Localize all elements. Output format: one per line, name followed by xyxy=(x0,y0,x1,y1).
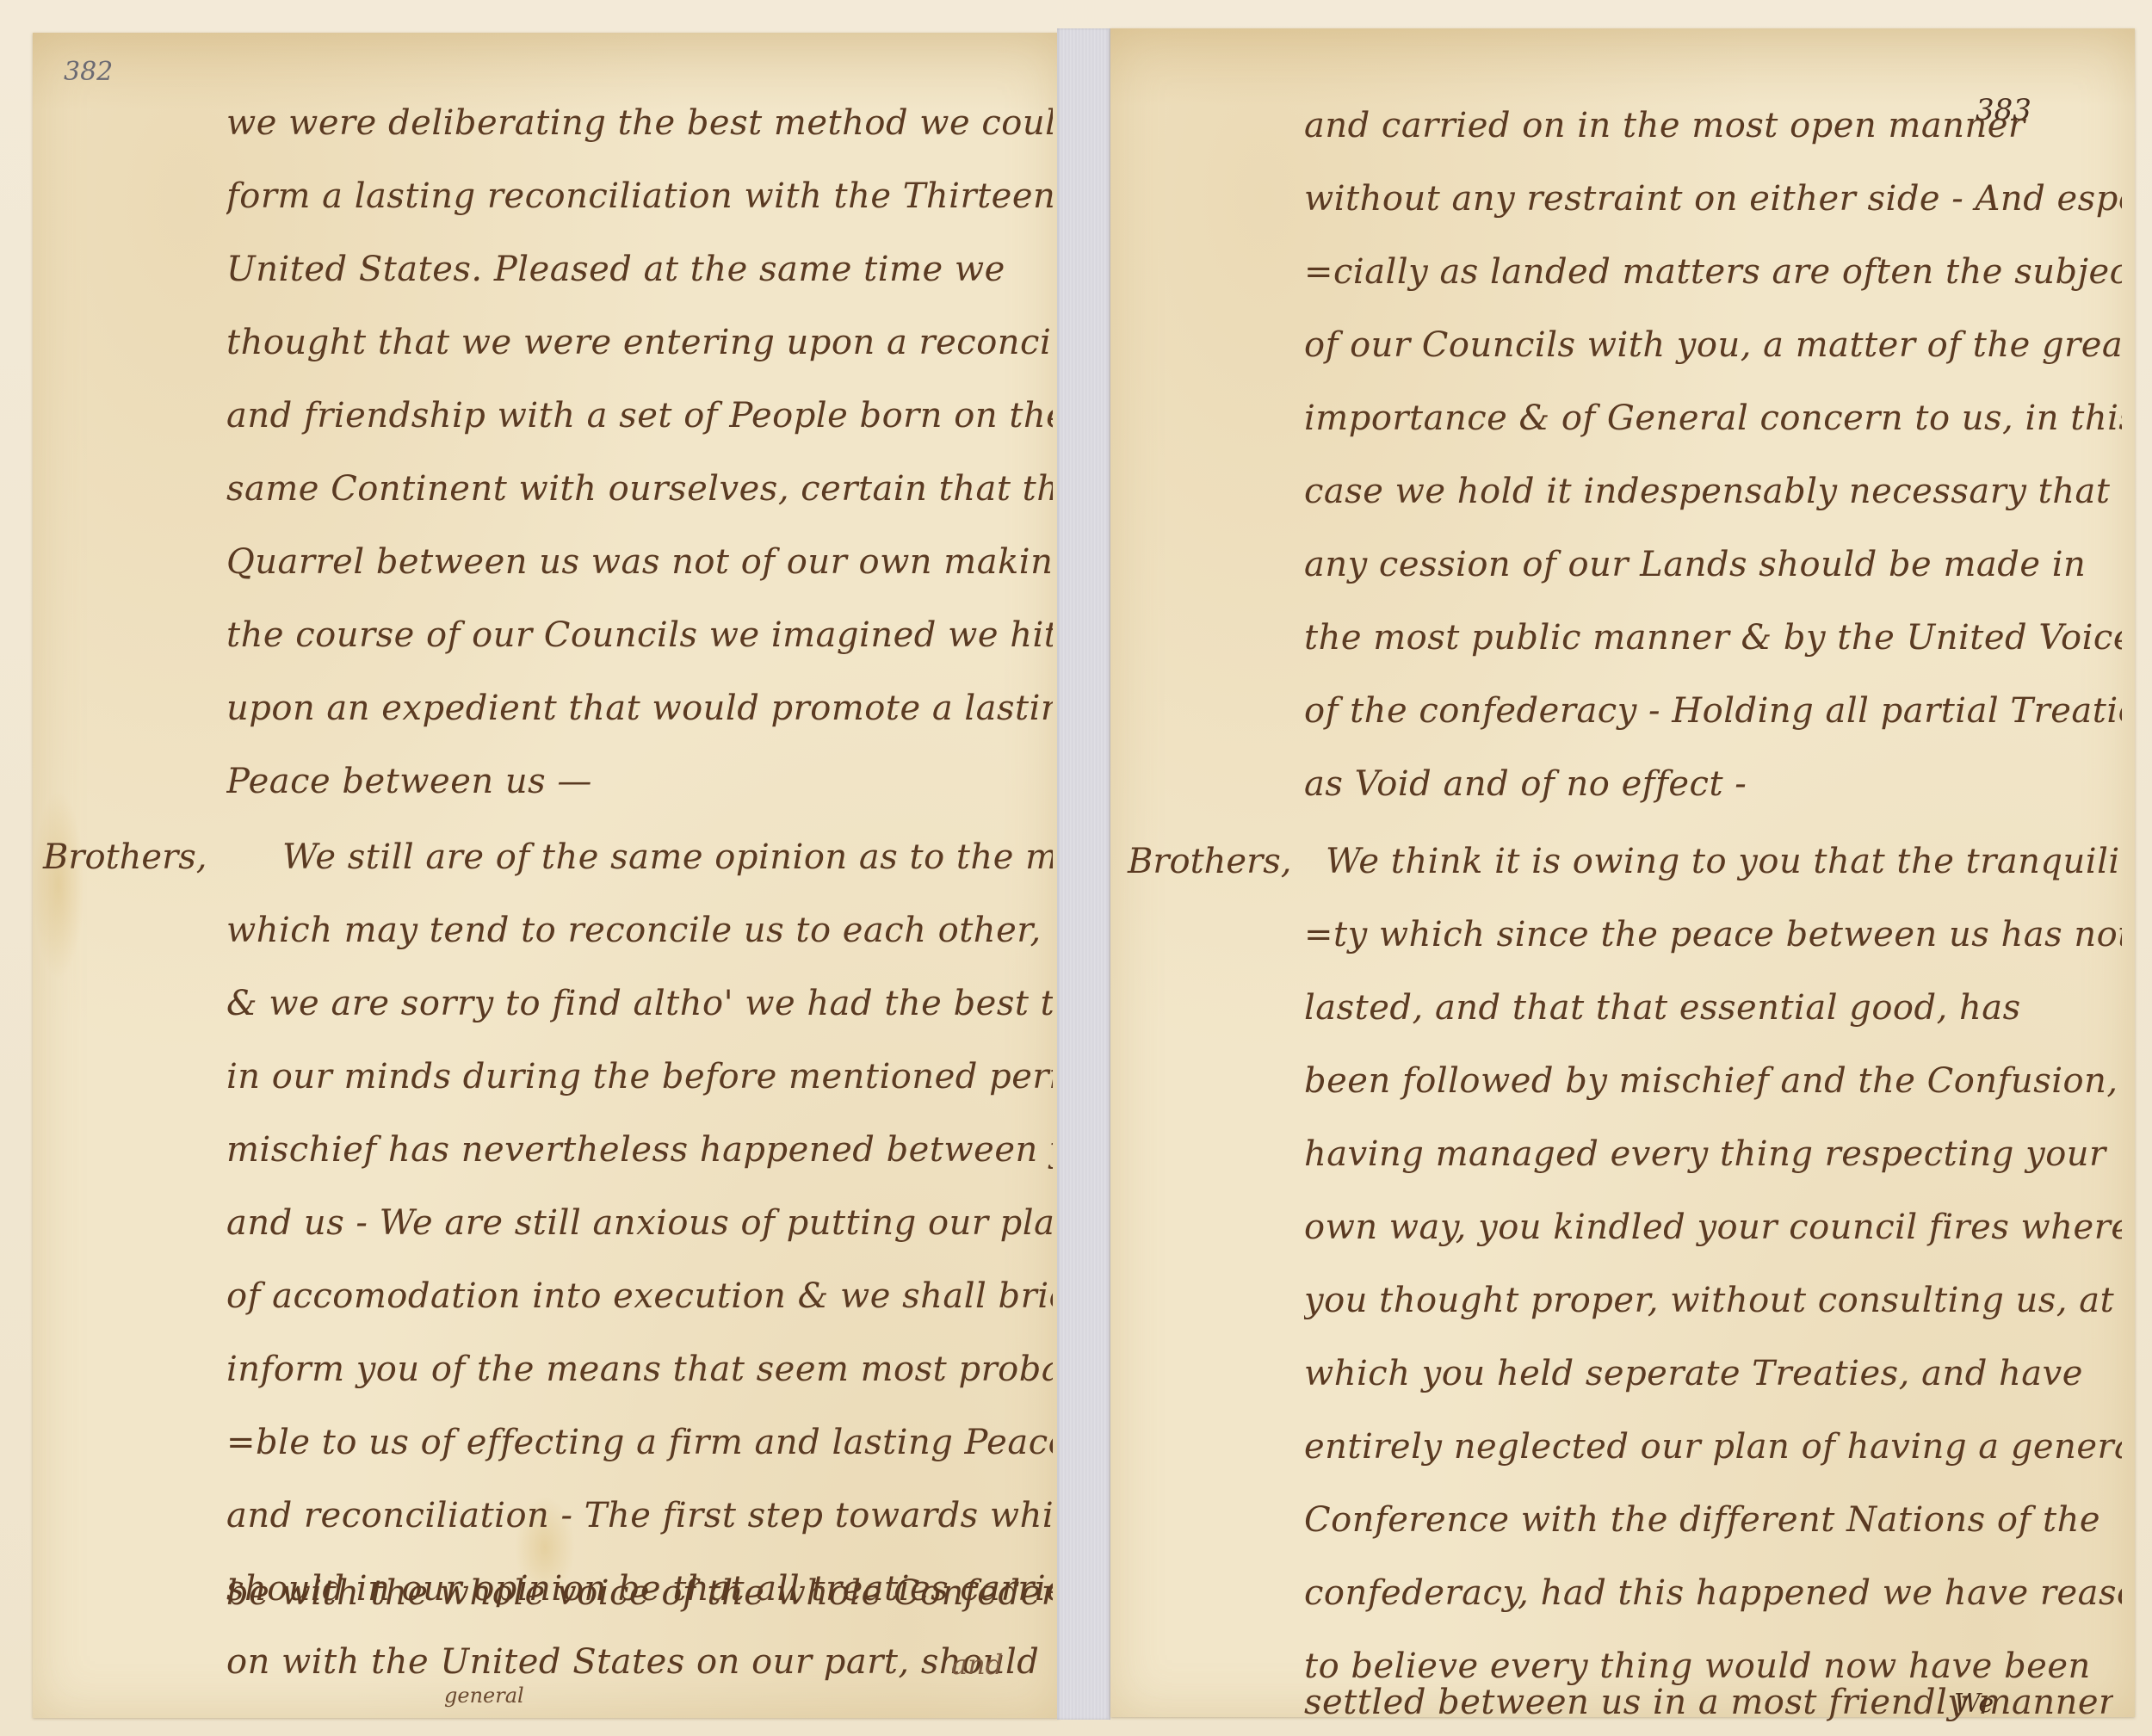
text-line: be with the whole voice of the whole Con… xyxy=(226,1573,1053,1613)
marginal-heading: Brothers, xyxy=(43,837,207,877)
catchword: and xyxy=(951,1648,1003,1681)
catchword: We xyxy=(1954,1689,1994,1719)
text-line: Conference with the different Nations of… xyxy=(1304,1500,2122,1540)
text-line: inform you of the means that seem most p… xyxy=(226,1350,1053,1389)
text-line: =cially as landed matters are often the … xyxy=(1304,252,2122,292)
text-line: upon an expedient that would promote a l… xyxy=(226,689,1053,728)
binding-gutter xyxy=(1057,28,1110,1720)
text-line: in our minds during the before mentioned… xyxy=(226,1057,1053,1097)
text-line: of the confederacy - Holding all partial… xyxy=(1304,691,2122,731)
text-line: thought that we were entering upon a rec… xyxy=(226,323,1053,362)
right-page: 383 and carried on in the most open mann… xyxy=(1110,28,2135,1717)
edge-stain xyxy=(33,790,84,979)
text-line: case we hold it indespensably necessary … xyxy=(1304,472,2122,511)
text-line: We think it is owing to you that the tra… xyxy=(1326,842,2122,881)
text-line: been followed by mischief and the Confus… xyxy=(1304,1061,2122,1101)
text-line: any cession of our Lands should be made … xyxy=(1304,545,2122,584)
text-line: We still are of the same opinion as to t… xyxy=(282,837,1053,877)
marginal-heading: Brothers, xyxy=(1128,842,1291,881)
text-line: and us - We are still anxious of putting… xyxy=(226,1203,1053,1243)
text-line: and friendship with a set of People born… xyxy=(226,396,1053,436)
text-line: importance & of General concern to us, i… xyxy=(1304,398,2122,438)
text-line: of accomodation into execution & we shal… xyxy=(226,1276,1053,1316)
text-line: entirely neglected our plan of having a … xyxy=(1304,1427,2122,1467)
text-line: without any restraint on either side - A… xyxy=(1304,179,2122,219)
text-line: mischief has nevertheless happened betwe… xyxy=(226,1130,1053,1170)
text-line: form a lasting reconciliation with the T… xyxy=(226,176,1053,216)
text-line: same Continent with ourselves, certain t… xyxy=(226,469,1053,509)
text-line: as Void and of no effect - xyxy=(1304,764,2122,804)
text-line: lasted, and that that essential good, ha… xyxy=(1304,988,2122,1028)
text-line: and reconciliation - The first step towa… xyxy=(226,1496,1053,1535)
text-line: =ble to us of effecting a firm and lasti… xyxy=(226,1423,1053,1462)
text-line: which you held seperate Treaties, and ha… xyxy=(1304,1354,2122,1393)
text-line: & we are sorry to find altho' we had the… xyxy=(226,984,1053,1023)
text-line: own way, you kindled your council fires … xyxy=(1304,1208,2122,1247)
text-line: the most public manner & by the United V… xyxy=(1304,618,2122,658)
text-line: Quarrel between us was not of our own ma… xyxy=(226,542,1053,582)
text-line: you thought proper, without consulting u… xyxy=(1304,1281,2122,1320)
page-number: 382 xyxy=(64,57,113,87)
text-line: Peace between us — xyxy=(226,762,1053,801)
text-line: having managed every thing respecting yo… xyxy=(1304,1134,2122,1174)
left-page: 382 we were deliberating the best method… xyxy=(33,33,1059,1718)
text-line: and carried on in the most open manner xyxy=(1304,106,2122,145)
text-line: the course of our Councils we imagined w… xyxy=(226,615,1053,655)
text-line: =ty which since the peace between us has… xyxy=(1304,915,2122,954)
text-line: confederacy, had this happened we have r… xyxy=(1304,1573,2122,1613)
text-line: we were deliberating the best method we … xyxy=(226,103,1053,143)
text-line: of our Councils with you, a matter of th… xyxy=(1304,325,2122,365)
text-line: on with the United States on our part, s… xyxy=(226,1642,1053,1682)
text-line: which may tend to reconcile us to each o… xyxy=(226,911,1053,950)
text-line: United States. Pleased at the same time … xyxy=(226,250,1053,289)
interlinear-insertion: general xyxy=(444,1683,524,1708)
